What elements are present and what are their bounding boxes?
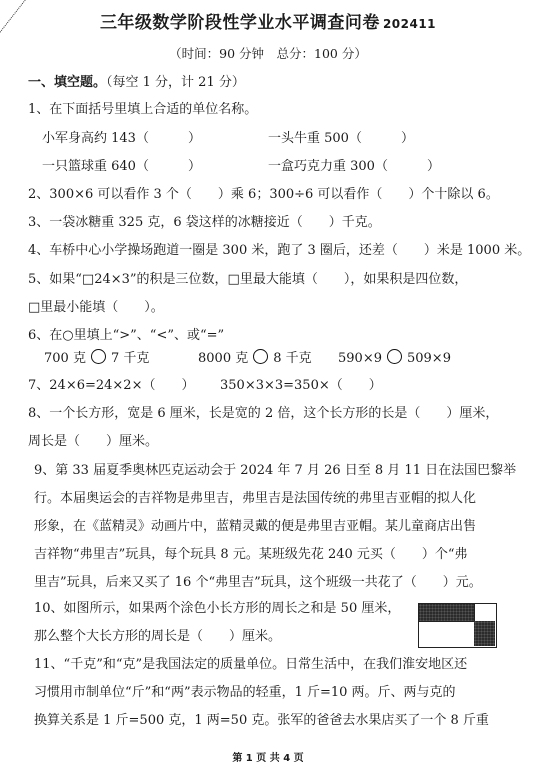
shaded-rect-top-left — [419, 604, 474, 621]
blank-square-top-right — [474, 604, 495, 621]
rectangle-figure — [418, 603, 497, 648]
question-6-item-c: 590×9509×9 — [338, 349, 451, 368]
question-10-line-1: 10、如图所示，如果两个涂色小长方形的周长之和是 50 厘米， — [34, 600, 400, 618]
question-9-line-2: 行。本届奥运会的吉祥物是弗里吉，弗里吉是法国传统的弗里吉亚帽的拟人化 — [34, 490, 476, 508]
question-11-line-2: 习惯用市制单位“斤”和“两”表示物品的轻重，1 斤=10 两。斤、两与克的 — [34, 684, 456, 702]
compare-left: 8000 克 — [198, 351, 248, 366]
compare-circle-icon — [91, 349, 106, 364]
compare-left: 590×9 — [338, 351, 382, 366]
question-11-line-3: 换算关系是 1 斤=500 克，1 两=50 克。张军的爸爸去水果店买了一个 8… — [34, 712, 489, 730]
question-7-a: 7、24×6=24×2×（ ） — [28, 377, 194, 395]
blank-rect-bottom-left — [419, 621, 474, 646]
question-1-item-c: 一只篮球重 640（ ） — [42, 158, 201, 176]
question-1-item-d: 一盒巧克力重 300（ ） — [268, 158, 440, 176]
question-8-line-1: 8、一个长方形，宽是 6 厘米，长是宽的 2 倍，这个长方形的长是（ ）厘米， — [28, 405, 498, 423]
question-2: 2、300×6 可以看作 3 个（ ）乘 6；300÷6 可以看作（ ）个十除以… — [28, 186, 499, 204]
compare-right: 8 千克 — [273, 351, 311, 366]
section-score-note: （每空 1 分，计 21 分） — [106, 75, 245, 90]
exam-code: 202411 — [383, 17, 436, 31]
compare-left: 700 克 — [44, 351, 86, 366]
question-6-stem: 6、在○里填上“>”、“<”、或“=” — [28, 327, 224, 345]
question-9-line-1: 9、第 33 届夏季奥林匹克运动会于 2024 年 7 月 26 日至 8 月 … — [34, 462, 516, 480]
page-number: 第 1 页 共 4 页 — [0, 749, 536, 764]
exam-title: 三年级数学阶段性学业水平调查问卷202411 — [0, 8, 536, 33]
question-9-line-4: 吉祥物“弗里吉”玩具，每个玩具 8 元。某班级先花 240 元买（ ）个“弗 — [34, 546, 468, 564]
question-11-line-1: 11、“千克”和“克”是我国法定的质量单位。日常生活中，在我们淮安地区还 — [34, 656, 467, 674]
question-8-line-2: 周长是（ ）厘米。 — [28, 433, 158, 451]
question-3: 3、一袋冰糖重 325 克，6 袋这样的冰糖接近（ ）千克。 — [28, 214, 381, 232]
shaded-rect-bottom-right — [474, 621, 495, 646]
compare-circle-icon — [387, 349, 402, 364]
question-4: 4、车桥中心小学操场跑道一圈是 300 米，跑了 3 圈后，还差（ ）米是 10… — [28, 242, 530, 260]
section-heading: 一、填空题。（每空 1 分，计 21 分） — [28, 74, 245, 92]
question-5-line-1: 5、如果“□24×3”的积是三位数，□里最大能填（ ），如果积是四位数， — [28, 271, 467, 289]
question-7-b: 350×3×3=350×（ ） — [220, 377, 382, 395]
question-6-item-a: 700 克7 千克 — [44, 349, 149, 368]
question-1-stem: 1、在下面括号里填上合适的单位名称。 — [28, 101, 257, 119]
compare-circle-icon — [253, 349, 268, 364]
compare-right: 7 千克 — [111, 351, 149, 366]
section-title: 一、填空题。 — [28, 75, 106, 90]
question-1-item-b: 一头牛重 500（ ） — [268, 130, 414, 148]
question-1-item-a: 小军身高约 143（ ） — [42, 130, 201, 148]
question-5-line-2: □里最小能填（ ）。 — [28, 299, 164, 317]
question-10-line-2: 那么整个大长方形的周长是（ ）厘米。 — [34, 628, 281, 646]
question-9-line-3: 形象，在《蓝精灵》动画片中，蓝精灵戴的便是弗里吉亚帽。某儿童商店出售 — [34, 518, 476, 536]
question-9-line-5: 里吉”玩具，后来又买了 16 个“弗里吉”玩具，这个班级一共花了（ ）元。 — [34, 574, 482, 592]
exam-subtitle: （时间：90 分钟 总分：100 分） — [0, 44, 536, 62]
exam-page: 三年级数学阶段性学业水平调查问卷202411 （时间：90 分钟 总分：100 … — [0, 0, 536, 780]
question-6-item-b: 8000 克8 千克 — [198, 349, 312, 368]
compare-right: 509×9 — [407, 351, 451, 366]
exam-title-text: 三年级数学阶段性学业水平调查问卷 — [100, 13, 380, 33]
